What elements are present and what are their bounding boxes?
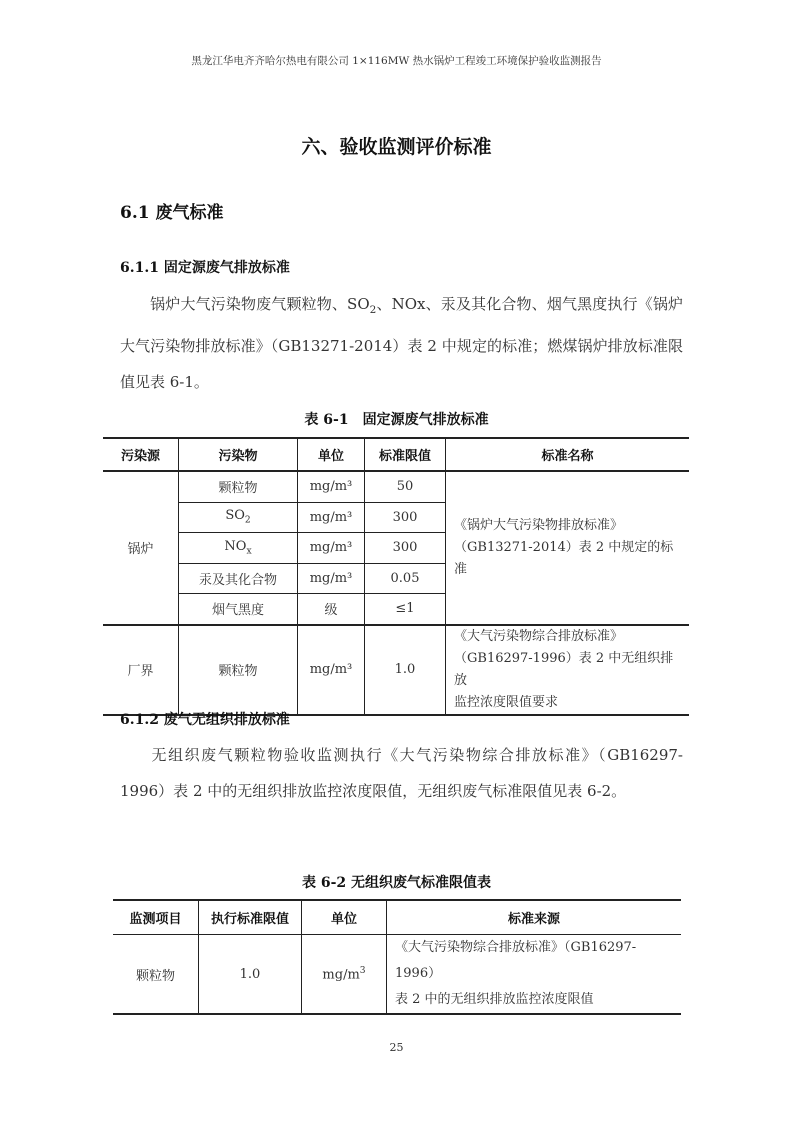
standard-source-line: 《大气污染物综合排放标准》（GB16297-1996）	[395, 935, 673, 987]
header-source: 污染源	[103, 438, 179, 471]
table-6-1: 污染源 污染物 单位 标准限值 标准名称 锅炉 颗粒物 mg/m³ 50 《锅炉…	[103, 437, 689, 716]
table-6-2: 监测项目 执行标准限值 单位 标准来源 颗粒物 1.0 mg/m3 《大气污染物…	[113, 899, 681, 1015]
paragraph-text-part1: 锅炉大气污染物废气颗粒物、SO	[150, 295, 370, 313]
cell-limit: 50	[365, 471, 446, 502]
cell-unit: mg/m³	[298, 563, 365, 594]
cell-source-boundary: 厂界	[103, 625, 179, 715]
cell-pollutant: NOx	[179, 533, 298, 564]
cell-unit: mg/m³	[298, 502, 365, 533]
cell-unit: mg/m³	[298, 471, 365, 502]
table-row: 颗粒物 1.0 mg/m3 《大气污染物综合排放标准》（GB16297-1996…	[113, 935, 681, 1015]
subscript: 2	[245, 516, 251, 526]
header-standard-name: 标准名称	[446, 438, 690, 471]
header-standard-source: 标准来源	[387, 900, 682, 935]
section-6-1-title: 6.1 废气标准	[120, 198, 224, 223]
section-6-1-2-paragraph: 无组织废气颗粒物验收监测执行《大气污染物综合排放标准》（GB16297-1996…	[120, 737, 683, 809]
cell-pollutant: 颗粒物	[179, 625, 298, 715]
subscript: x	[246, 547, 251, 557]
cell-standard-name: 《锅炉大气污染物排放标准》 （GB13271-2014）表 2 中规定的标准	[446, 471, 690, 625]
cell-source-boiler: 锅炉	[103, 471, 179, 625]
standard-name-line: 监控浓度限值要求	[454, 692, 681, 714]
table-header-row: 污染源 污染物 单位 标准限值 标准名称	[103, 438, 689, 471]
standard-name-line: （GB16297-1996）表 2 中无组织排放	[454, 648, 681, 692]
cell-pollutant: 汞及其化合物	[179, 563, 298, 594]
chapter-title: 六、验收监测评价标准	[0, 132, 793, 159]
pollutant-base: NO	[224, 539, 246, 554]
cell-limit: 1.0	[365, 625, 446, 715]
standard-source-line: 表 2 中的无组织排放监控浓度限值	[395, 987, 673, 1013]
cell-unit: mg/m³	[298, 625, 365, 715]
section-6-1-1-paragraph: 锅炉大气污染物废气颗粒物、SO2、NOx、汞及其化合物、烟气黑度执行《锅炉大气污…	[120, 286, 683, 400]
unit-base: mg/m	[322, 967, 359, 982]
standard-name-line: 《锅炉大气污染物排放标准》	[454, 515, 681, 537]
header-limit: 标准限值	[365, 438, 446, 471]
cell-item: 颗粒物	[113, 935, 199, 1015]
header-standard-limit: 执行标准限值	[199, 900, 302, 935]
cell-limit: 300	[365, 533, 446, 564]
table-row: 锅炉 颗粒物 mg/m³ 50 《锅炉大气污染物排放标准》 （GB13271-2…	[103, 471, 689, 502]
page-number: 25	[0, 1041, 793, 1054]
cell-unit: mg/m3	[302, 935, 387, 1015]
cell-unit: mg/m³	[298, 533, 365, 564]
cell-pollutant: 颗粒物	[179, 471, 298, 502]
cell-limit: 0.05	[365, 563, 446, 594]
section-6-1-1-title: 6.1.1 固定源废气排放标准	[120, 257, 290, 277]
header-unit: 单位	[302, 900, 387, 935]
cell-limit: ≤1	[365, 594, 446, 625]
table-row: 厂界 颗粒物 mg/m³ 1.0 《大气污染物综合排放标准》 （GB16297-…	[103, 625, 689, 715]
cell-limit: 1.0	[199, 935, 302, 1015]
table-6-2-caption: 表 6-2 无组织废气标准限值表	[0, 872, 793, 892]
cell-pollutant: 烟气黑度	[179, 594, 298, 625]
standard-name-line: 《大气污染物综合排放标准》	[454, 626, 681, 648]
table-header-row: 监测项目 执行标准限值 单位 标准来源	[113, 900, 681, 935]
running-header: 黑龙江华电齐齐哈尔热电有限公司 1×116MW 热水锅炉工程竣工环境保护验收监测…	[0, 53, 793, 68]
cell-standard-source: 《大气污染物综合排放标准》（GB16297-1996） 表 2 中的无组织排放监…	[387, 935, 682, 1015]
header-monitoring-item: 监测项目	[113, 900, 199, 935]
cell-limit: 300	[365, 502, 446, 533]
pollutant-base: SO	[225, 508, 245, 523]
table-6-1-caption: 表 6-1 固定源废气排放标准	[0, 409, 793, 429]
paragraph-text: 无组织废气颗粒物验收监测执行《大气污染物综合排放标准》（GB16297-1996…	[120, 746, 683, 800]
cell-standard-name: 《大气污染物综合排放标准》 （GB16297-1996）表 2 中无组织排放 监…	[446, 625, 690, 715]
cell-unit: 级	[298, 594, 365, 625]
standard-name-line: （GB13271-2014）表 2 中规定的标准	[454, 537, 681, 581]
section-6-1-2-title: 6.1.2 废气无组织排放标准	[120, 709, 290, 729]
header-pollutant: 污染物	[179, 438, 298, 471]
cell-pollutant: SO2	[179, 502, 298, 533]
superscript: 3	[360, 966, 366, 976]
header-unit: 单位	[298, 438, 365, 471]
